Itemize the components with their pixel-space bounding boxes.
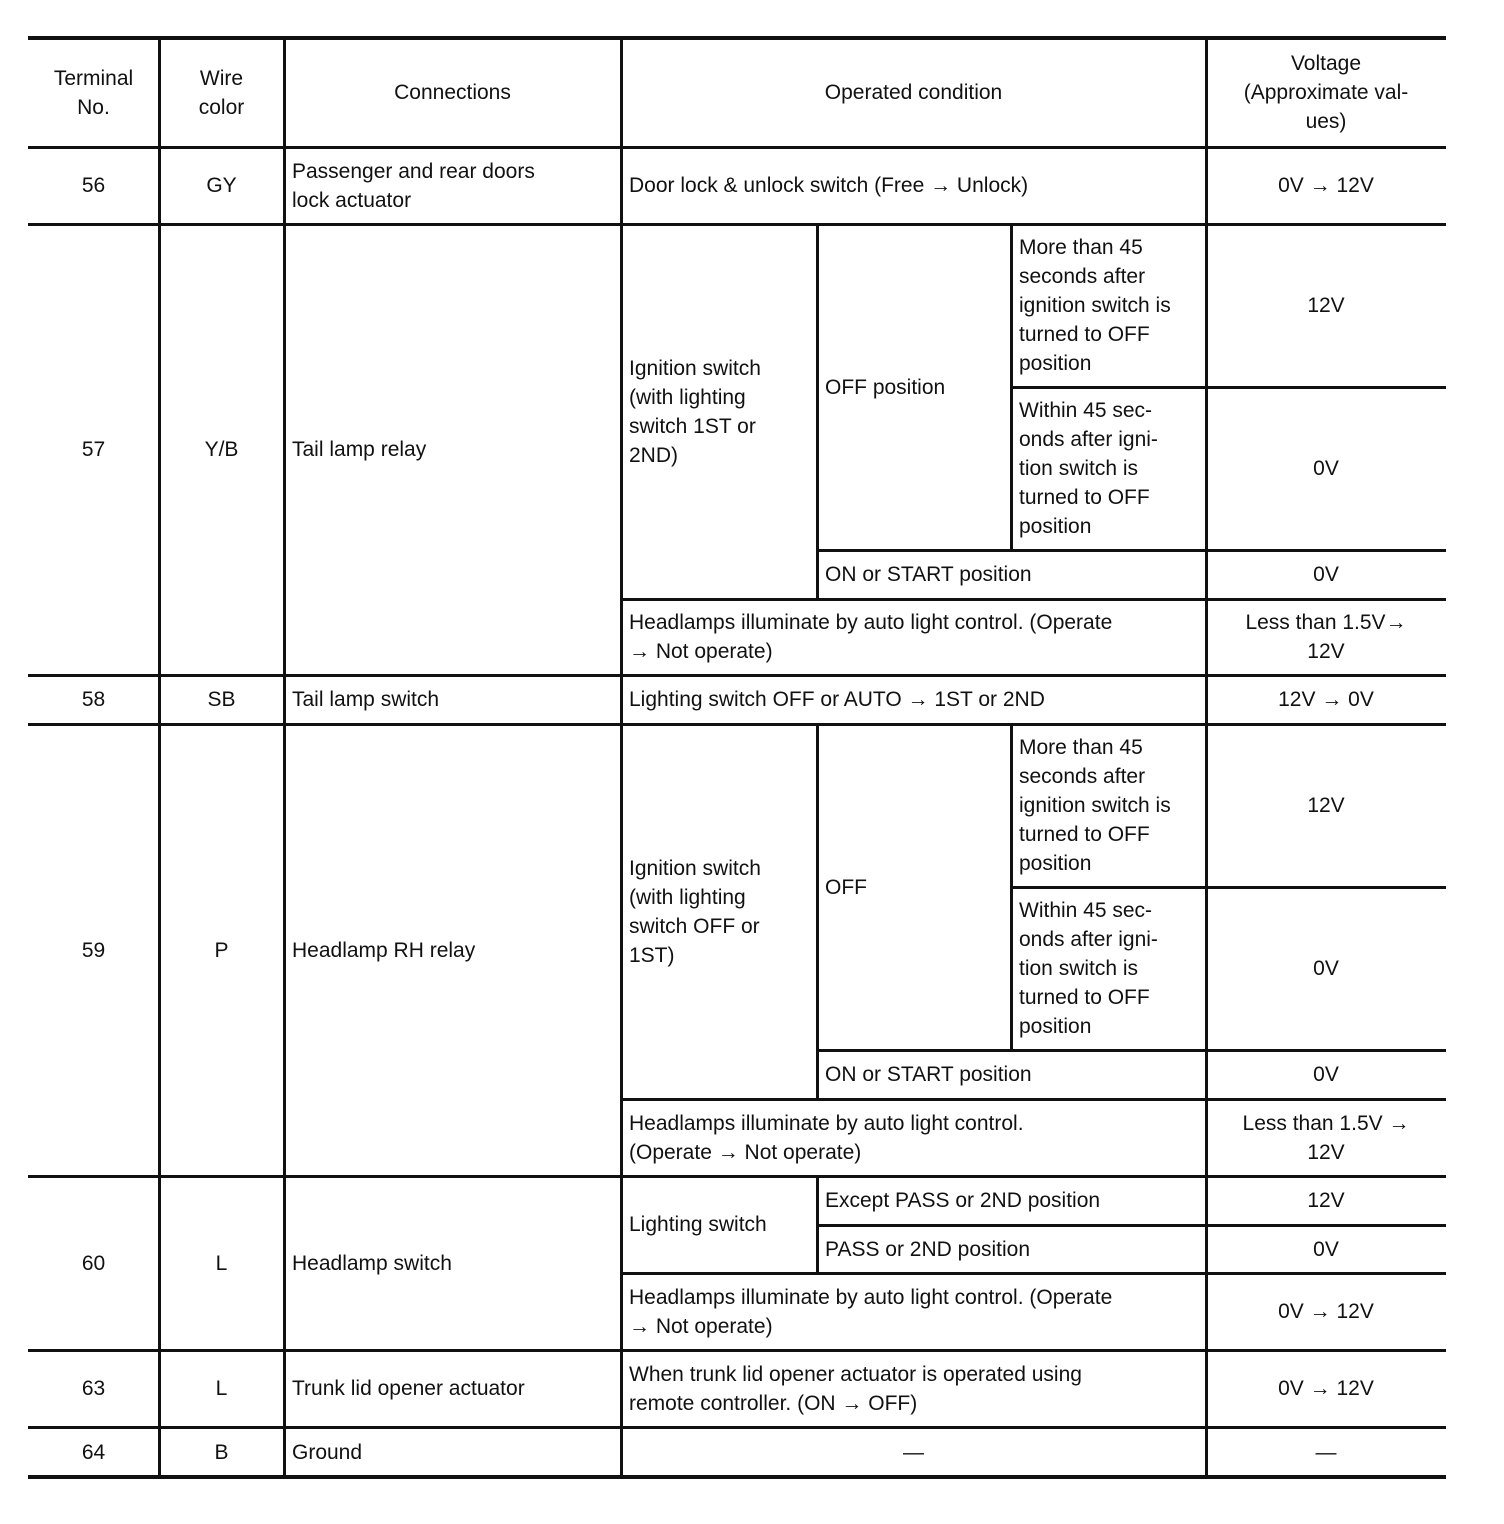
row-divider — [28, 674, 1446, 677]
voltage: 0V — [1206, 1225, 1446, 1273]
column-divider — [816, 224, 819, 599]
switch-position: PASS or 2ND position — [817, 1225, 1206, 1273]
timing-condition: More than 45 seconds after ignition swit… — [1011, 724, 1206, 887]
voltage: 12V → 0V — [1206, 675, 1446, 724]
auto-light-condition: Headlamps illuminate by auto light contr… — [621, 1099, 1206, 1176]
wire-color: L — [159, 1350, 284, 1427]
wire-color: B — [159, 1427, 284, 1477]
terminal-no: 63 — [28, 1350, 159, 1427]
wire-color: Y/B — [159, 224, 284, 675]
timing-condition: Within 45 sec- onds after igni- tion swi… — [1011, 887, 1206, 1050]
connection: Passenger and rear doors lock actuator — [284, 147, 621, 224]
off-position: OFF — [817, 724, 1011, 1050]
switch-position: Except PASS or 2ND position — [817, 1176, 1206, 1225]
terminal-no: 60 — [28, 1176, 159, 1350]
row-divider — [28, 723, 1446, 726]
terminal-no: 56 — [28, 147, 159, 224]
row-divider — [1011, 886, 1446, 889]
row-divider — [28, 146, 1446, 149]
row-divider — [28, 36, 1446, 40]
row-divider — [817, 1224, 1446, 1227]
connection: Headlamp switch — [284, 1176, 621, 1350]
row-divider — [28, 223, 1446, 226]
voltage: 12V — [1206, 224, 1446, 387]
column-divider — [158, 38, 161, 1477]
voltage: Less than 1.5V→ 12V — [1206, 599, 1446, 675]
wire-color: SB — [159, 675, 284, 724]
row-divider — [28, 1475, 1446, 1479]
auto-light-condition: Headlamps illuminate by auto light contr… — [621, 1273, 1206, 1350]
row-divider — [621, 1272, 1446, 1275]
voltage: 0V → 12V — [1206, 1273, 1446, 1350]
column-divider — [283, 38, 286, 1477]
voltage: 12V — [1206, 724, 1446, 887]
column-divider — [1010, 724, 1013, 1050]
voltage: Less than 1.5V → 12V — [1206, 1099, 1446, 1176]
row-divider — [1011, 386, 1446, 389]
on-start-position: ON or START position — [817, 550, 1206, 599]
column-divider — [816, 1176, 819, 1273]
row-divider — [28, 1426, 1446, 1429]
voltage: 0V — [1206, 387, 1446, 550]
terminal-voltage-table: Terminal No.Wire colorConnectionsOperate… — [0, 0, 1504, 1524]
terminal-no: 59 — [28, 724, 159, 1176]
header-wire-color: Wire color — [159, 38, 284, 147]
row-divider — [817, 1049, 1446, 1052]
wire-color: L — [159, 1176, 284, 1350]
voltage: 0V → 12V — [1206, 147, 1446, 224]
terminal-no: 57 — [28, 224, 159, 675]
header-voltage: Voltage (Approximate val- ues) — [1206, 38, 1446, 147]
header-operated-condition: Operated condition — [621, 38, 1206, 147]
operated-condition: When trunk lid opener actuator is operat… — [621, 1350, 1206, 1427]
terminal-no: 64 — [28, 1427, 159, 1477]
terminal-no: 58 — [28, 675, 159, 724]
column-divider — [1205, 38, 1208, 1477]
connection: Tail lamp switch — [284, 675, 621, 724]
wire-color: P — [159, 724, 284, 1176]
row-divider — [621, 1098, 1446, 1101]
column-divider — [816, 724, 819, 1099]
lighting-switch: Lighting switch — [621, 1176, 817, 1273]
voltage: 0V — [1206, 887, 1446, 1050]
on-start-position: ON or START position — [817, 1050, 1206, 1099]
row-divider — [28, 1175, 1446, 1178]
ignition-condition: Ignition switch (with lighting switch 1S… — [621, 224, 817, 599]
connection: Headlamp RH relay — [284, 724, 621, 1176]
operated-condition: — — [621, 1427, 1206, 1477]
ignition-condition: Ignition switch (with lighting switch OF… — [621, 724, 817, 1099]
header-terminal-no: Terminal No. — [28, 38, 159, 147]
operated-condition: Door lock & unlock switch (Free → Unlock… — [621, 147, 1206, 224]
voltage: 0V → 12V — [1206, 1350, 1446, 1427]
wire-color: GY — [159, 147, 284, 224]
column-divider — [1010, 224, 1013, 550]
row-divider — [28, 1349, 1446, 1352]
operated-condition: Lighting switch OFF or AUTO → 1ST or 2ND — [621, 675, 1206, 724]
column-divider — [620, 38, 623, 1477]
header-connections: Connections — [284, 38, 621, 147]
auto-light-condition: Headlamps illuminate by auto light contr… — [621, 599, 1206, 675]
connection: Ground — [284, 1427, 621, 1477]
voltage: 12V — [1206, 1176, 1446, 1225]
voltage: 0V — [1206, 1050, 1446, 1099]
voltage: 0V — [1206, 550, 1446, 599]
timing-condition: More than 45 seconds after ignition swit… — [1011, 224, 1206, 387]
row-divider — [817, 549, 1446, 552]
off-position: OFF position — [817, 224, 1011, 550]
row-divider — [621, 598, 1446, 601]
timing-condition: Within 45 sec- onds after igni- tion swi… — [1011, 387, 1206, 550]
voltage: — — [1206, 1427, 1446, 1477]
connection: Trunk lid opener actuator — [284, 1350, 621, 1427]
connection: Tail lamp relay — [284, 224, 621, 675]
